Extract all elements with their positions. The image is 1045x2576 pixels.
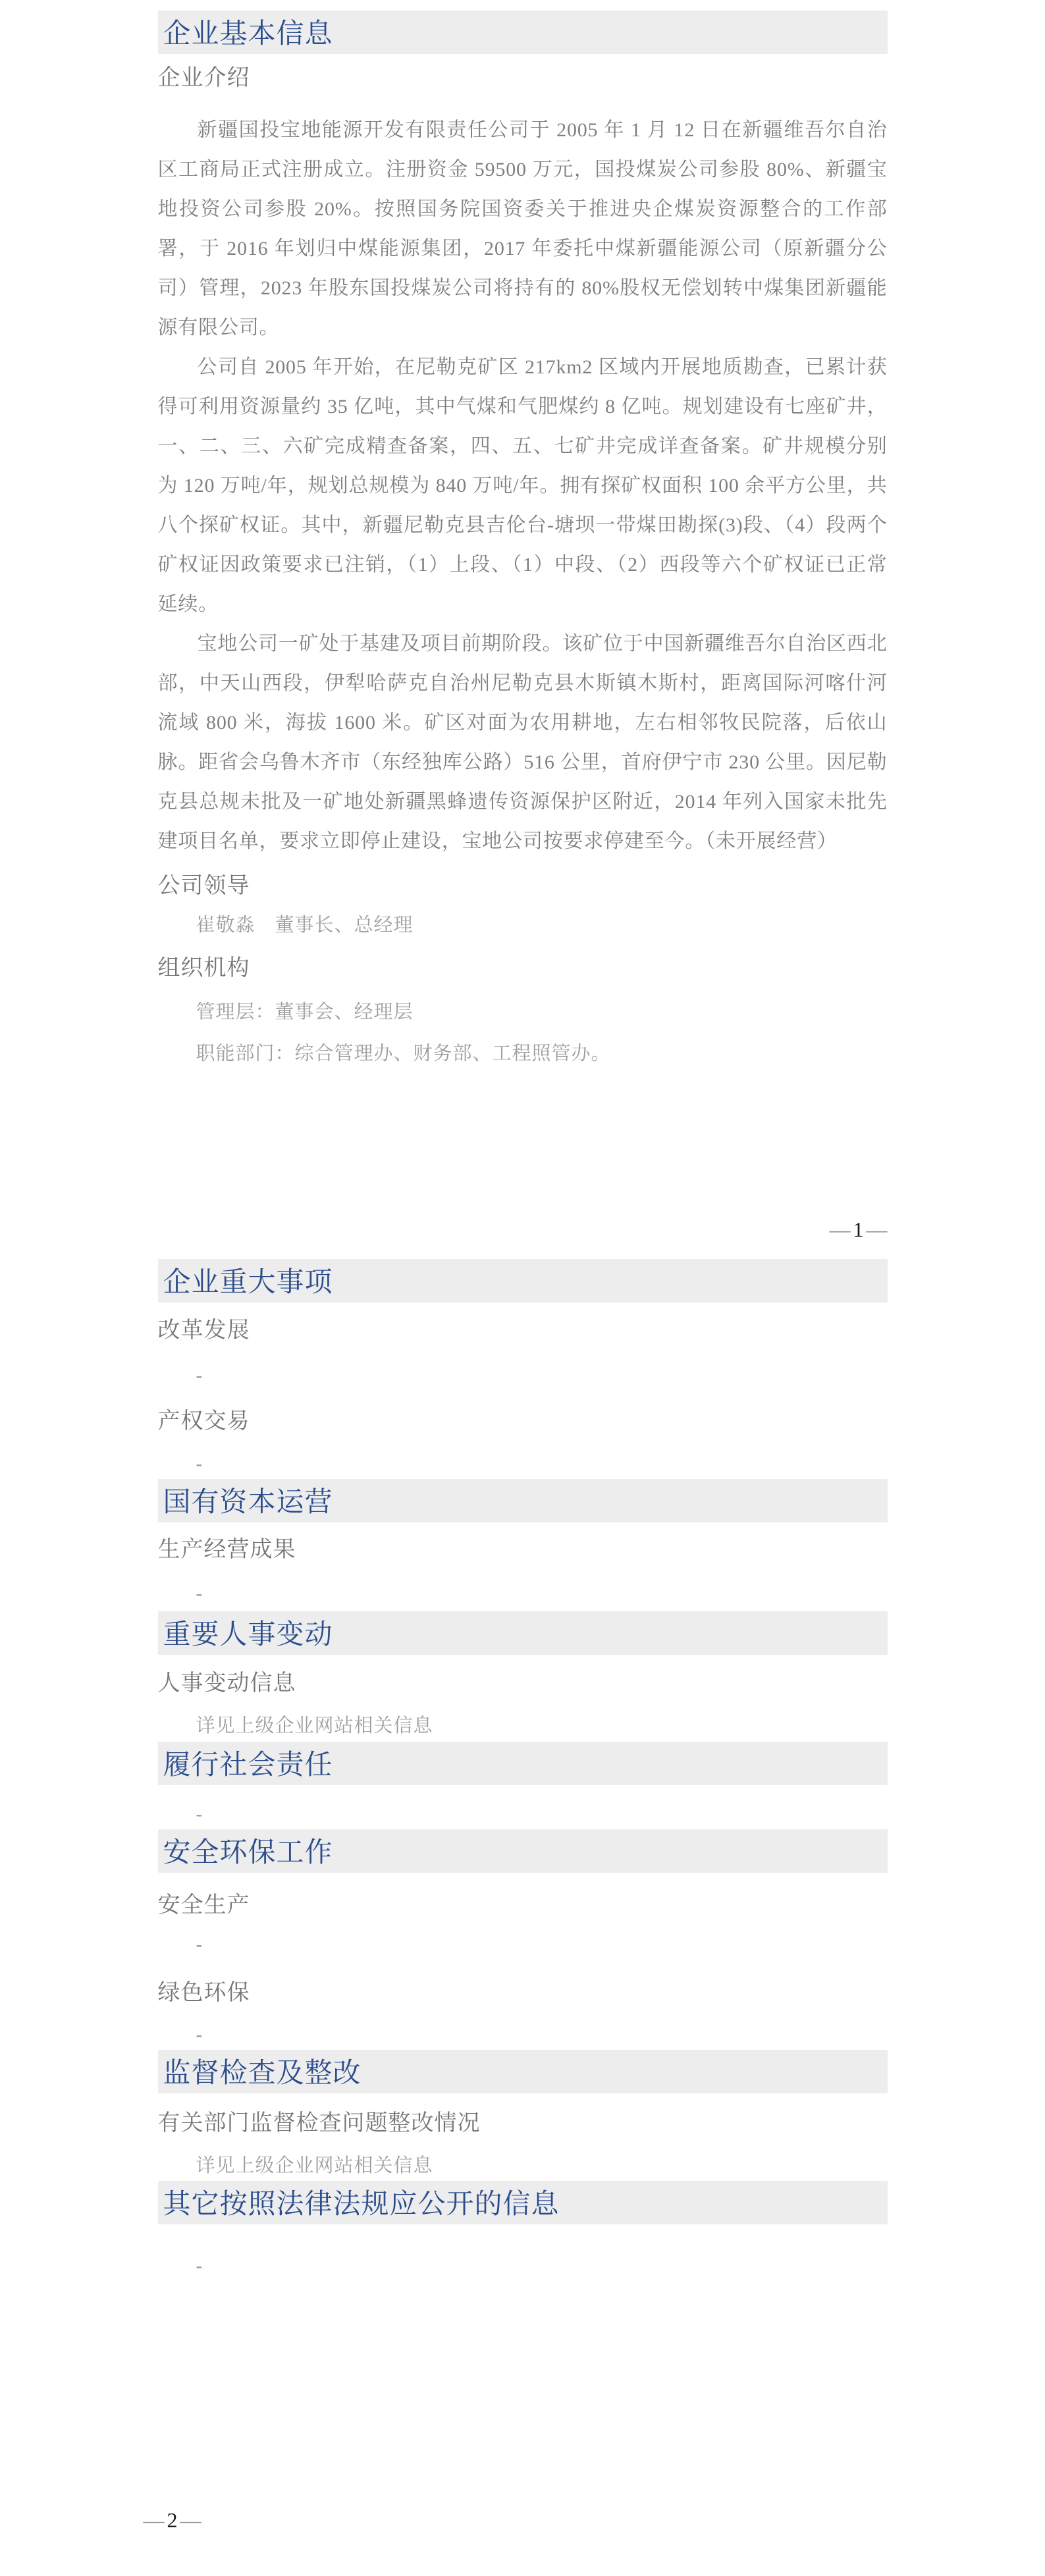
footer-page-number: 1: [851, 1218, 867, 1241]
placeholder-dash: -: [158, 2251, 888, 2281]
subheading-company-intro: 企业介绍: [158, 63, 888, 93]
placeholder-dash: -: [158, 1579, 888, 1609]
section-bar-supervision-rectification: 监督检查及整改: [158, 2050, 888, 2093]
document: 企业基本信息 企业介绍 新疆国投宝地能源开发有限责任公司于 2005 年 1 月…: [158, 11, 888, 2535]
section-title: 企业基本信息: [163, 16, 333, 48]
paragraph-mine-one: 宝地公司一矿处于基建及项目前期阶段。该矿位于中国新疆维吾尔自治区西北部，中天山西…: [158, 624, 888, 861]
section-title: 国有资本运营: [163, 1485, 333, 1516]
note-see-parent-website: 详见上级企业网站相关信息: [158, 1711, 888, 1741]
org-departments-line: 职能部门：综合管理办、财务部、工程照管办。: [158, 1039, 888, 1069]
placeholder-dash: -: [158, 2020, 888, 2050]
section-bar-basic-info: 企业基本信息: [158, 11, 888, 54]
paragraph-registration: 新疆国投宝地能源开发有限责任公司于 2005 年 1 月 12 日在新疆维吾尔自…: [158, 111, 888, 348]
footer-dash: —: [144, 2508, 165, 2532]
section-title: 监督检查及整改: [163, 2056, 362, 2087]
subheading-company-leaders: 公司领导: [158, 871, 888, 901]
placeholder-dash: -: [158, 1361, 888, 1391]
subheading-safe-production: 安全生产: [158, 1891, 888, 1920]
page-number-footer-1: —1—: [158, 1215, 888, 1245]
footer-dash: —: [867, 1218, 888, 1241]
section-title: 其它按照法律法规应公开的信息: [163, 2187, 560, 2218]
placeholder-dash: -: [158, 1800, 888, 1829]
subheading-rectification-status: 有关部门监督检查问题整改情况: [158, 2108, 888, 2138]
section-bar-state-capital: 国有资本运营: [158, 1479, 888, 1522]
leader-entry: 崔敬淼 董事长、总经理: [158, 911, 888, 940]
section-bar-social-responsibility: 履行社会责任: [158, 1742, 888, 1785]
footer-page-number: 2: [165, 2508, 180, 2532]
section-title: 企业重大事项: [163, 1265, 333, 1297]
subheading-property-rights-trade: 产权交易: [158, 1407, 888, 1436]
section-bar-personnel-changes: 重要人事变动: [158, 1611, 888, 1655]
subheading-reform-development: 改革发展: [158, 1316, 888, 1345]
section-title: 履行社会责任: [163, 1748, 333, 1779]
subheading-personnel-change-info: 人事变动信息: [158, 1669, 888, 1698]
footer-dash: —: [830, 1218, 851, 1241]
note-see-parent-website: 详见上级企业网站相关信息: [158, 2151, 888, 2181]
org-management-line: 管理层：董事会、经理层: [158, 998, 888, 1027]
subheading-operating-results: 生产经营成果: [158, 1535, 888, 1565]
page-number-footer-2: —2—: [144, 2506, 888, 2535]
section-bar-major-matters: 企业重大事项: [158, 1259, 888, 1302]
placeholder-dash: -: [158, 1449, 888, 1479]
section-bar-other-legal-disclosure: 其它按照法律法规应公开的信息: [158, 2181, 888, 2224]
section-title: 重要人事变动: [163, 1617, 333, 1649]
paragraph-exploration: 公司自 2005 年开始，在尼勒克矿区 217km2 区域内开展地质勘查，已累计…: [158, 348, 888, 624]
placeholder-dash: -: [158, 1930, 888, 1960]
footer-dash: —: [180, 2508, 201, 2532]
section-bar-safety-environment: 安全环保工作: [158, 1829, 888, 1873]
subheading-green-environment: 绿色环保: [158, 1978, 888, 2008]
subheading-organization: 组织机构: [158, 953, 888, 983]
section-title: 安全环保工作: [163, 1835, 333, 1867]
